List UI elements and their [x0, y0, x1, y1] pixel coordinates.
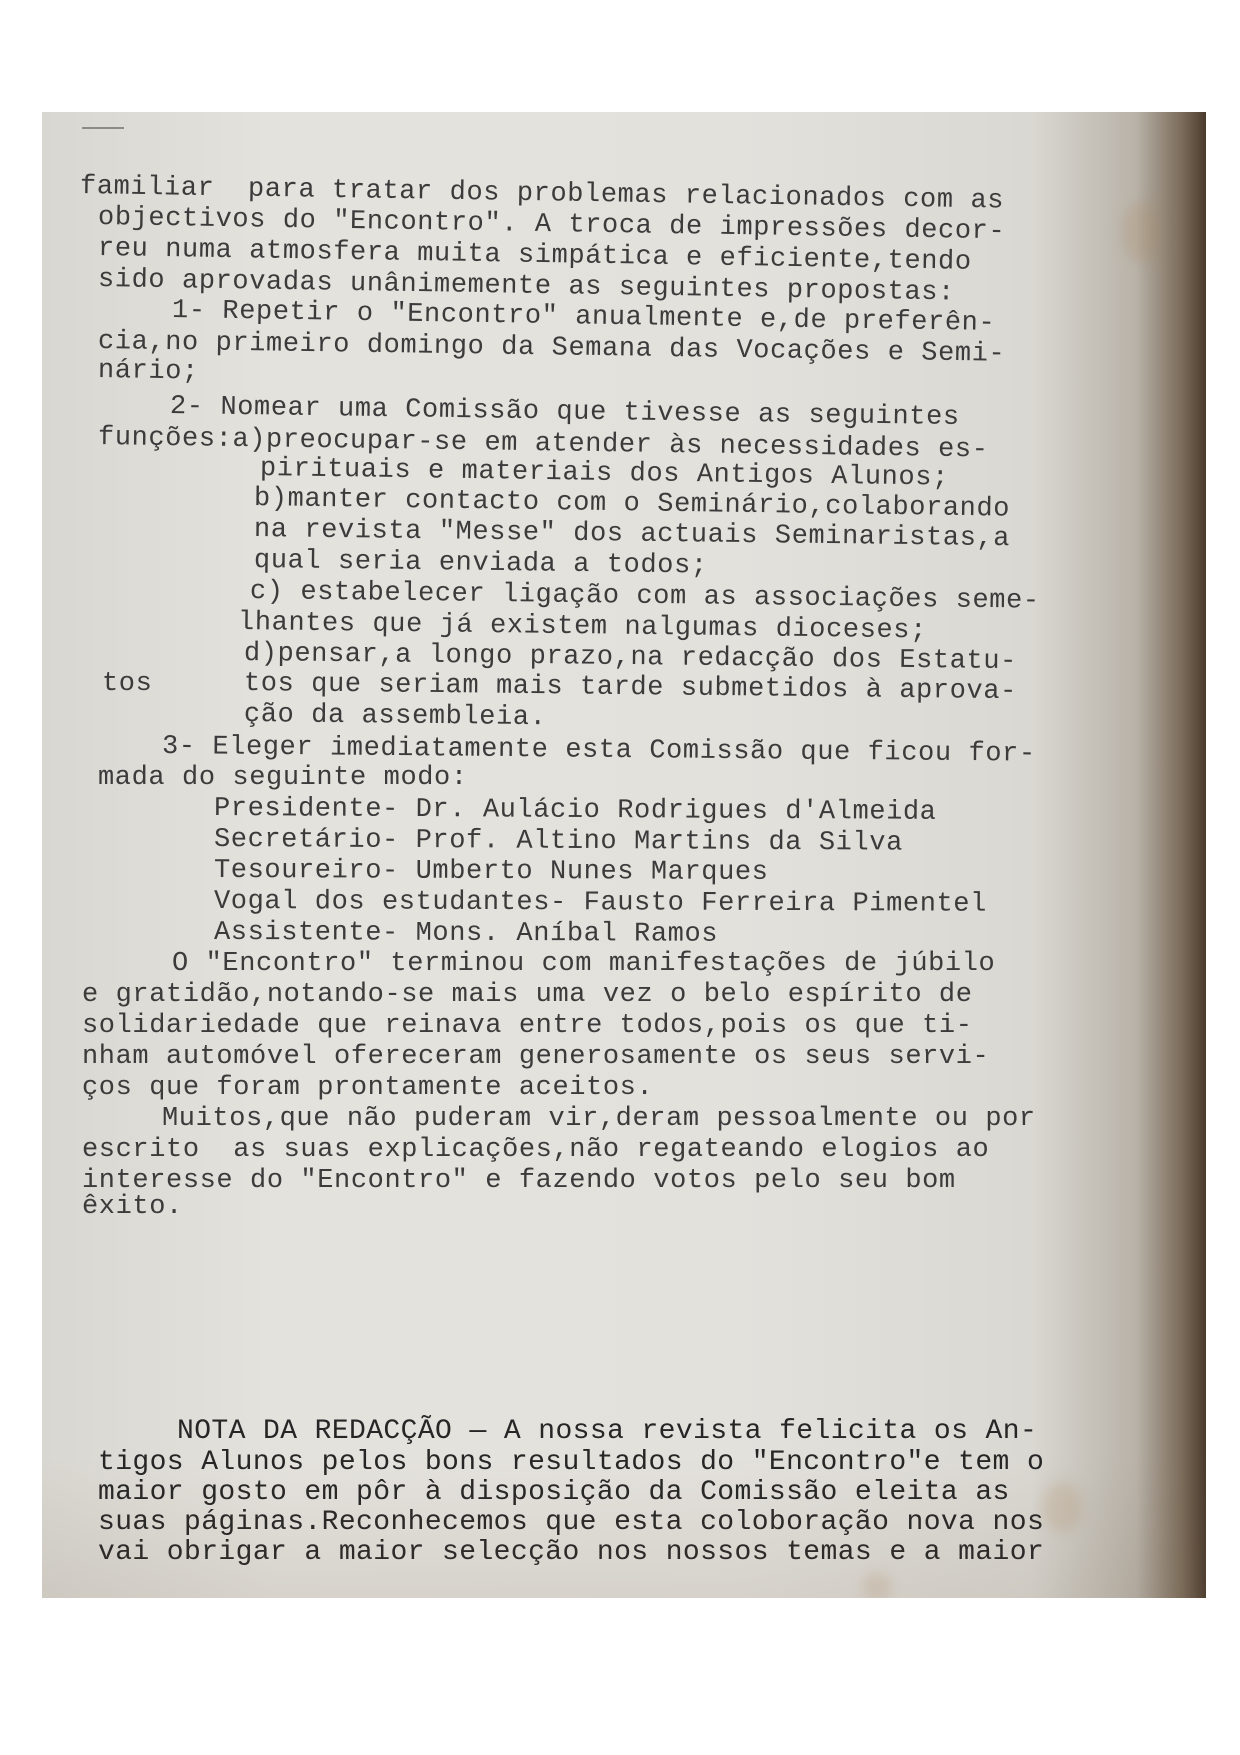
commission-member: Presidente- Dr. Aulácio Rodrigues d'Alme…: [214, 794, 937, 828]
commission-member: Assistente- Mons. Aníbal Ramos: [214, 918, 718, 950]
editorial-note-line: tigos Alunos pelos bons resultados do "E…: [98, 1448, 1044, 1478]
editorial-note-line: suas páginas.Reconhecemos que esta colob…: [98, 1508, 1044, 1538]
member-role: Vogal dos estudantes: [214, 887, 550, 918]
editorial-note-line: maior gosto em pôr à disposição da Comis…: [98, 1478, 1010, 1508]
proposal-2-line: qual seria enviada a todos;: [254, 546, 708, 582]
absent-line: Muitos,que não puderam vir,deram pessoal…: [162, 1104, 1036, 1134]
absent-line: interesse do "Encontro" e fazendo votos …: [82, 1166, 956, 1196]
paper-stain: [1122, 202, 1162, 262]
paper-stain: [1042, 1482, 1082, 1532]
commission-member: Vogal dos estudantes- Fausto Ferreira Pi…: [214, 887, 987, 920]
absent-line: escrito as suas explicações,não regatean…: [82, 1135, 989, 1165]
proposal-3-line: mada do seguinte modo:: [98, 763, 468, 793]
proposal-2-line: ção da assembleia.: [244, 700, 547, 733]
closing-line: e gratidão,notando-se mais uma vez o bel…: [82, 980, 973, 1010]
paper-stain: [862, 1572, 892, 1598]
commission-member: Tesoureiro- Umberto Nunes Marques: [214, 856, 769, 888]
commission-member: Secretário- Prof. Altino Martins da Silv…: [214, 825, 903, 859]
document-page: familiar para tratar dos problemas relac…: [42, 112, 1206, 1598]
closing-line: nham automóvel ofereceram generosamente …: [82, 1042, 989, 1072]
top-mark: [82, 127, 124, 129]
editorial-note-title: NOTA DA REDACÇÃO: [177, 1416, 452, 1447]
member-name: Prof. Altino Martins da Silva: [416, 826, 903, 859]
closing-line: ços que foram prontamente aceitos.: [82, 1073, 653, 1103]
editorial-note-line: vai obrigar a maior selecção nos nossos …: [98, 1538, 1044, 1568]
member-role: Secretário: [214, 825, 382, 856]
member-role: Tesoureiro: [214, 856, 382, 887]
editorial-note-line: NOTA DA REDACÇÃO — A nossa revista felic…: [177, 1417, 1037, 1447]
closing-line: solidariedade que reinava entre todos,po…: [82, 1011, 973, 1041]
proposal-1-line: nário;: [98, 356, 199, 387]
member-name: Dr. Aulácio Rodrigues d'Almeida: [416, 795, 937, 828]
member-role: Presidente: [214, 794, 382, 825]
member-role: Assistente: [214, 918, 382, 949]
closing-line: O "Encontro" terminou com manifestações …: [172, 949, 995, 979]
member-name: Mons. Aníbal Ramos: [416, 919, 719, 950]
margin-note: tos: [102, 669, 152, 699]
member-name: Umberto Nunes Marques: [416, 857, 769, 888]
absent-line: êxito.: [82, 1192, 183, 1222]
member-name: Fausto Ferreira Pimentel: [584, 888, 987, 919]
